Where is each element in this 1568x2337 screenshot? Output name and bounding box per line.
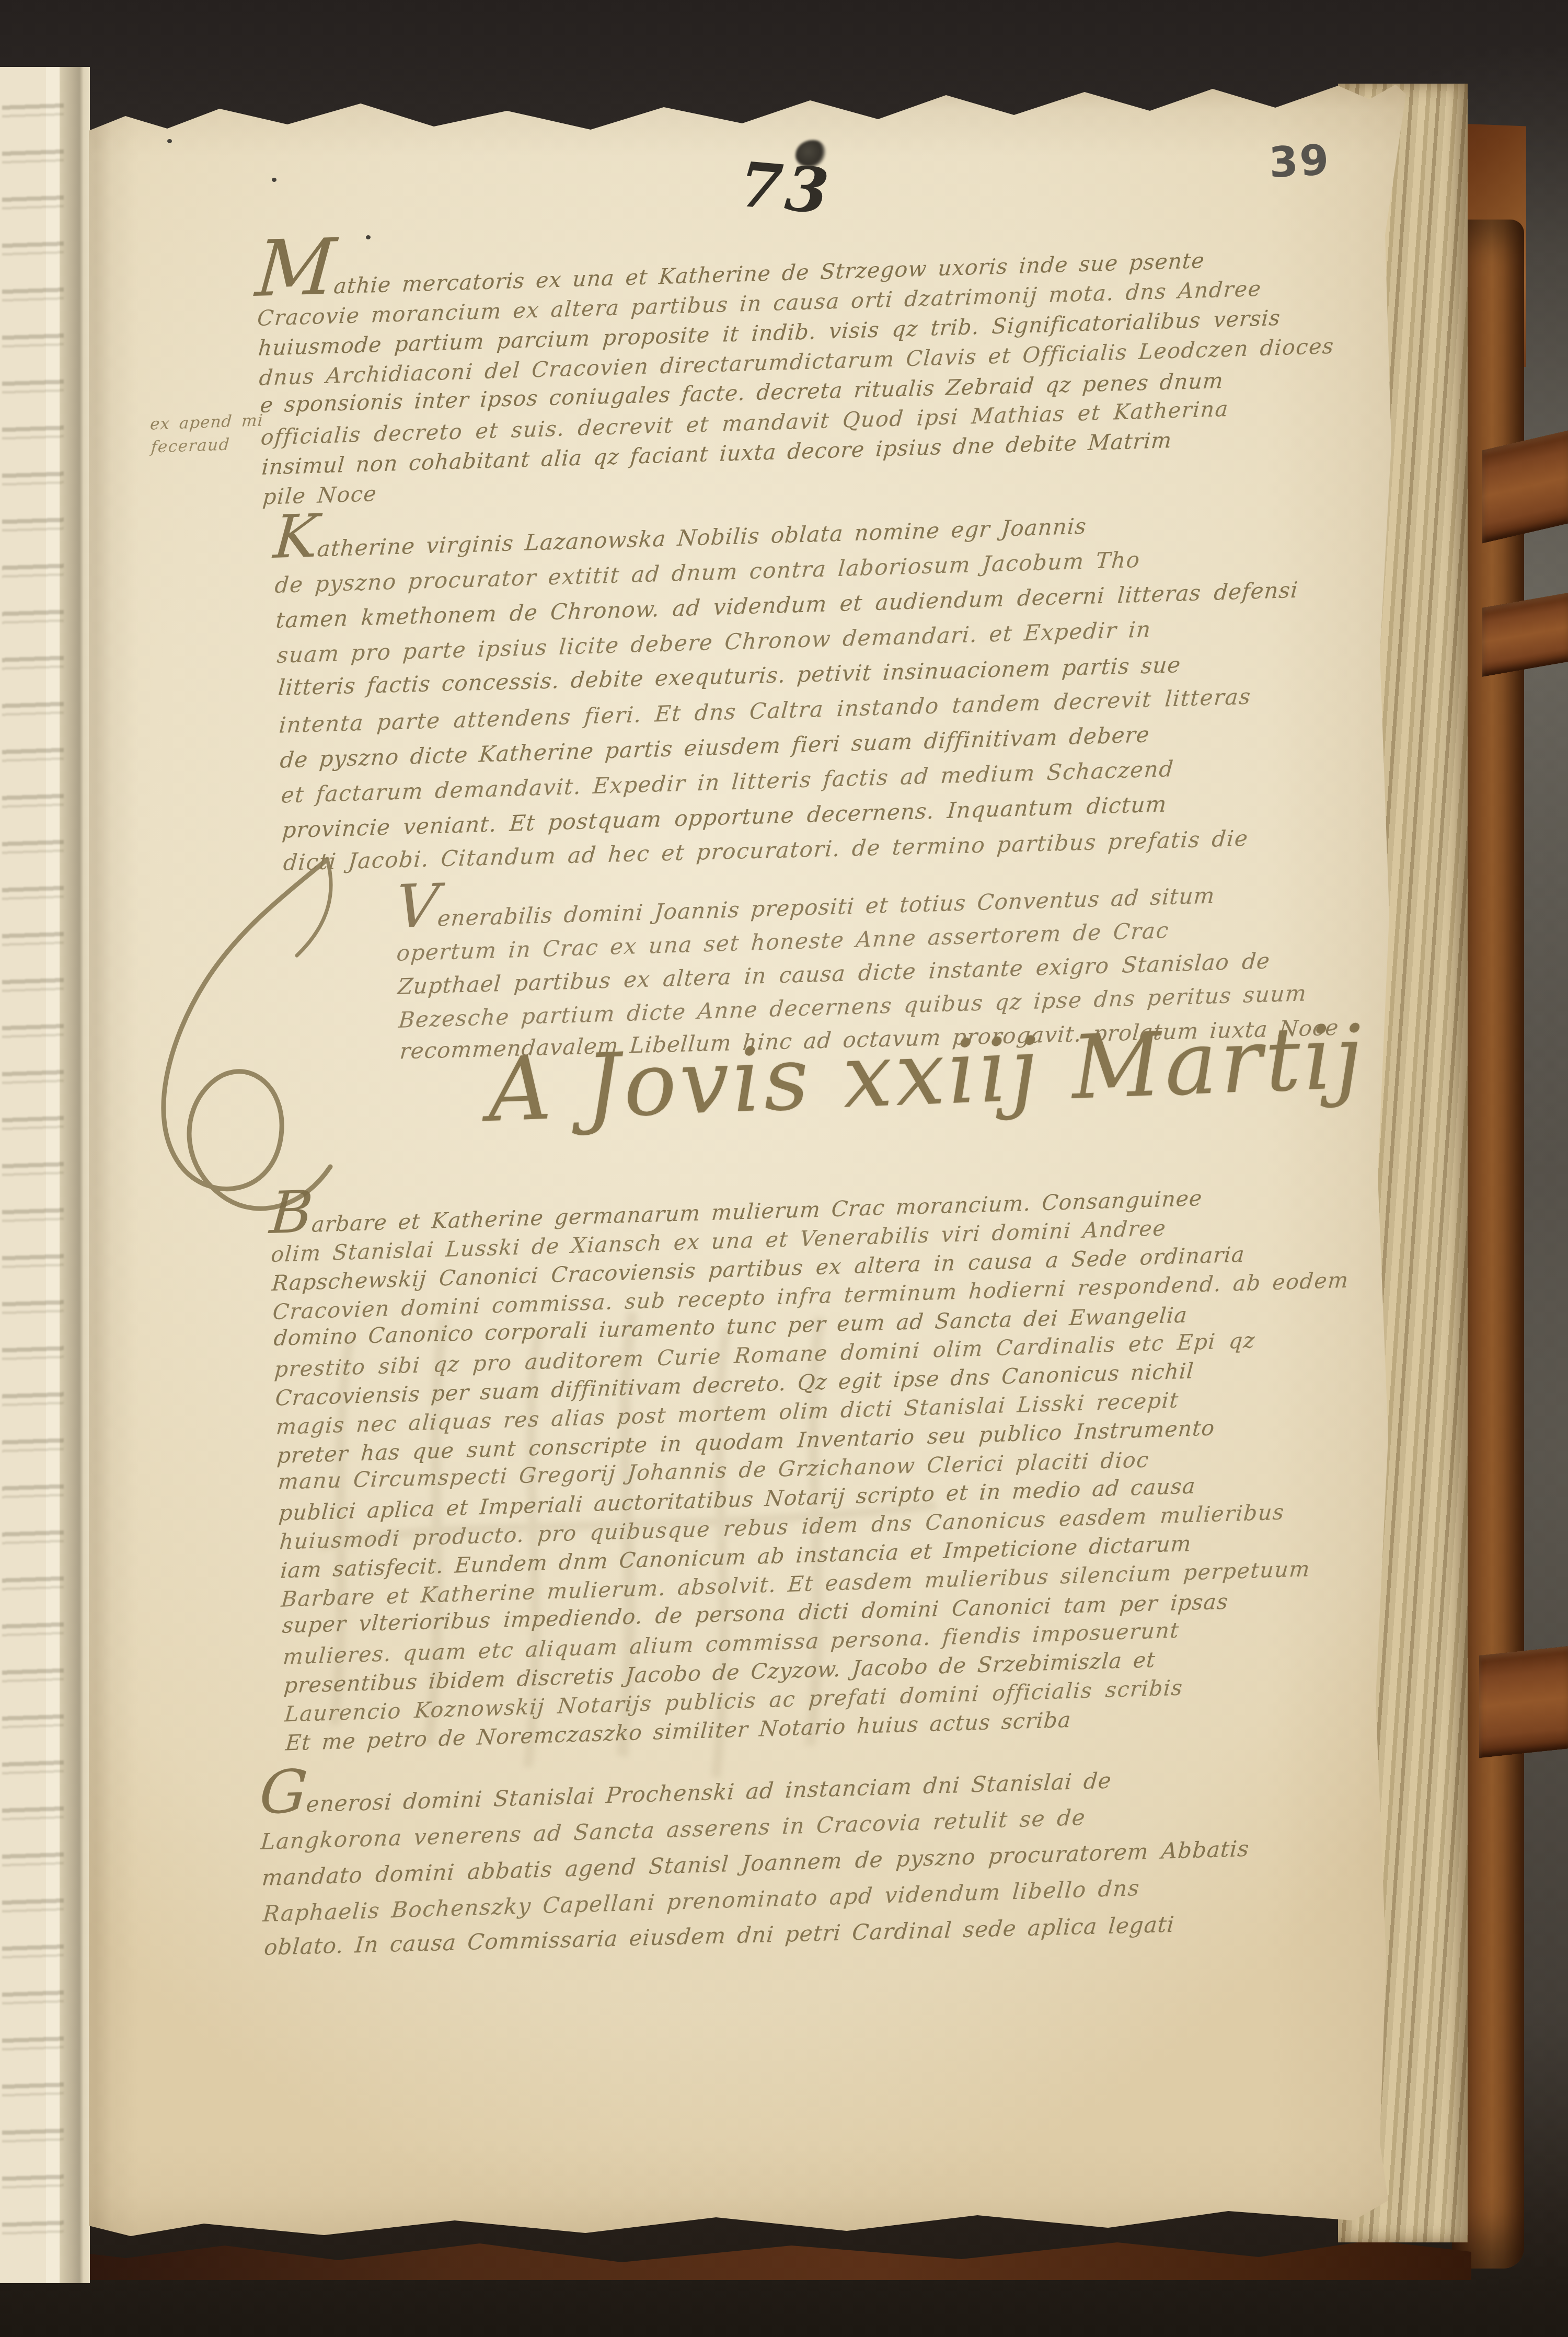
paper-speck (272, 178, 276, 182)
manuscript-page: 73 39 Mathie mercatoris ex una et Kather… (89, 78, 1443, 2242)
folio-number-pencil: 39 (1268, 135, 1332, 187)
margin-note: ex apend mifeceraud (150, 409, 264, 458)
manuscript-photo: 73 39 Mathie mercatoris ex una et Kather… (0, 0, 1568, 2337)
previous-page-edge (0, 67, 90, 2283)
leather-strap-top (1482, 430, 1568, 544)
calligraphic-initial-flourish (119, 853, 349, 1224)
leather-strap-middle (1482, 592, 1568, 677)
record-entry-barbare: Barbare et Katherine germanarum mulierum… (269, 1157, 1488, 1758)
record-entry-mathie: Mathie mercatoris ex una et Katherine de… (255, 206, 1459, 512)
record-entry-generosi: Generosi domini Stanislai Prochenski ad … (259, 1736, 1461, 1968)
paper-speck (167, 139, 172, 143)
leather-strap-bottom (1479, 1646, 1568, 1758)
record-entry-katherine: Katherine virginis Lazanowska Nobilis ob… (273, 481, 1470, 883)
ghost-text-showthrough (2, 88, 64, 2241)
leather-bottom-edge (55, 2228, 1471, 2280)
